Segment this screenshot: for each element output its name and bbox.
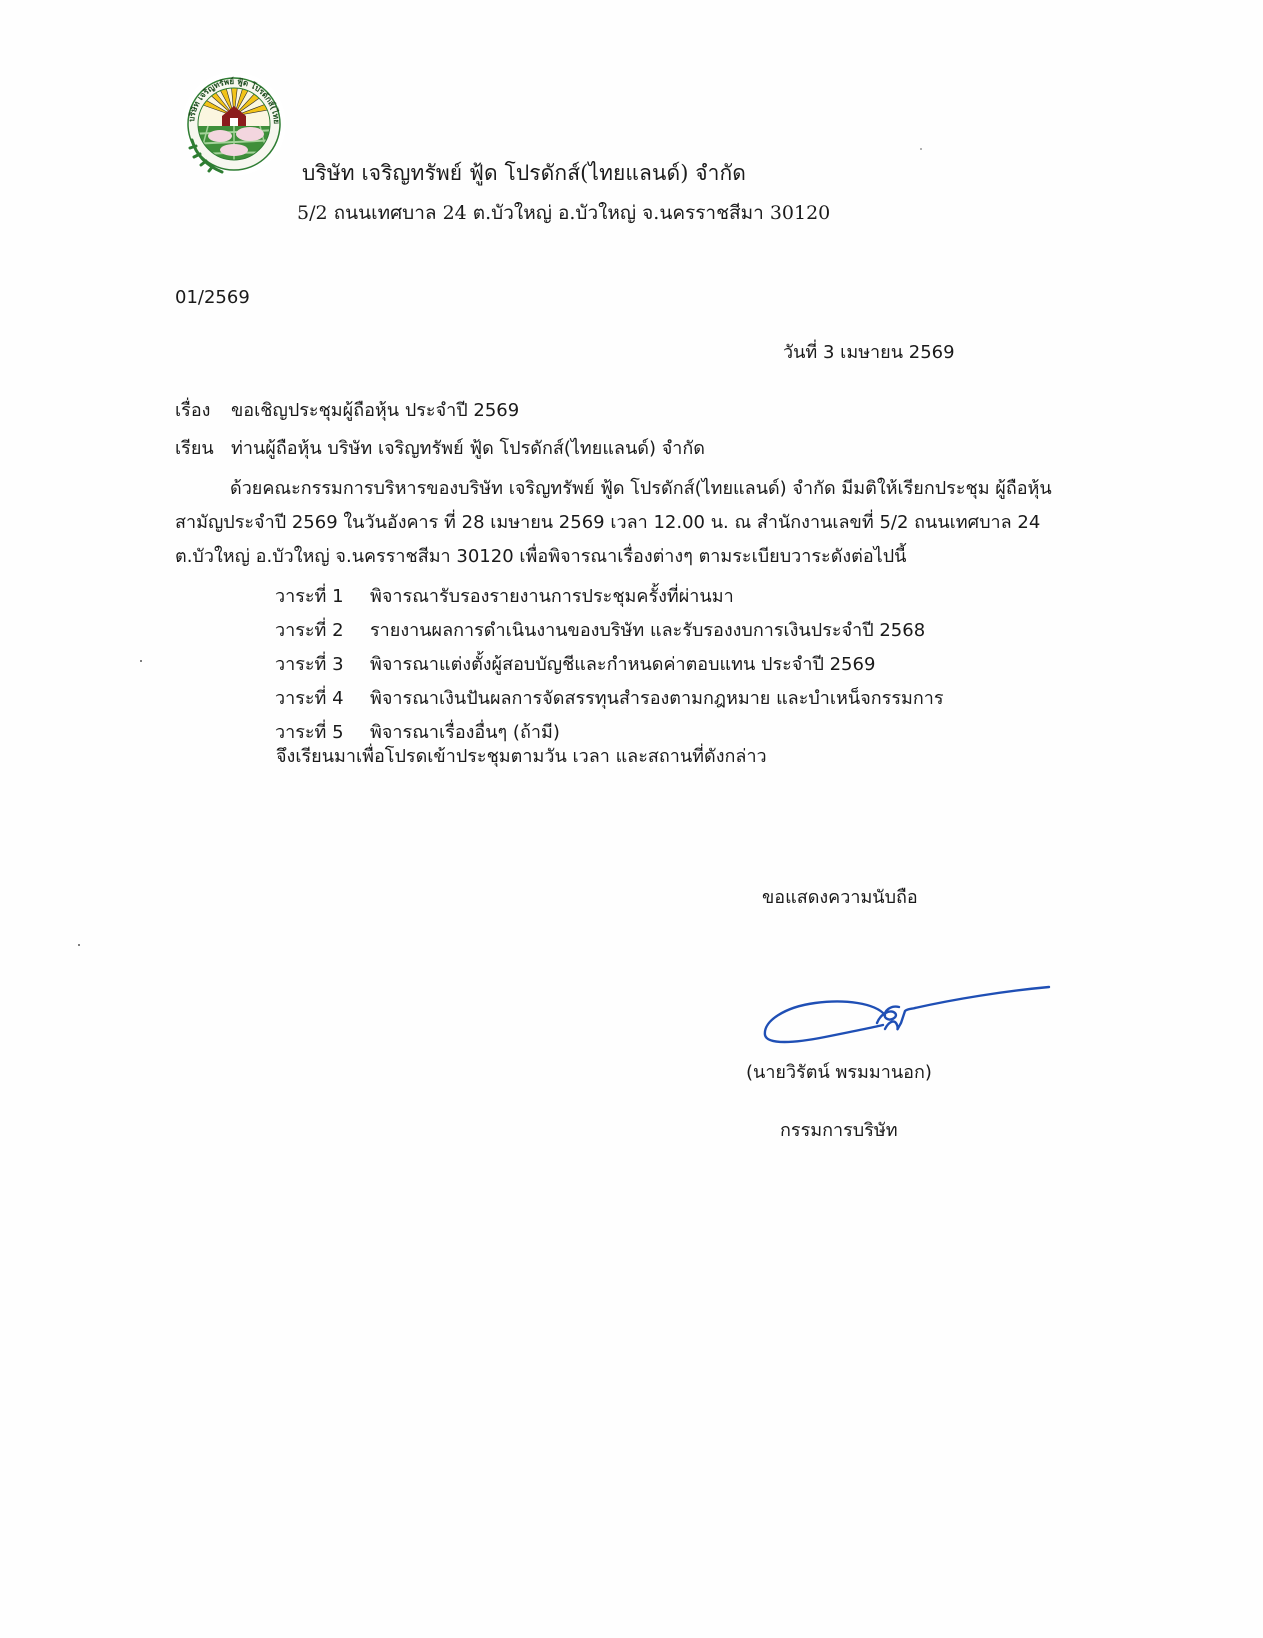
company-name: บริษัท เจริญทรัพย์ ฟู้ด โปรดักส์(ไทยแลนด… — [302, 157, 746, 190]
recipient-line: เรียนท่านผู้ถือหุ้น บริษัท เจริญทรัพย์ ฟ… — [175, 438, 705, 460]
subject-label: เรื่อง — [175, 400, 231, 422]
body-paragraph-line-3: ต.บัวใหญ่ อ.บัวใหญ่ จ.นครราชสีมา 30120 เ… — [175, 546, 906, 568]
closing-sentence: จึงเรียนมาเพื่อโปรดเข้าประชุมตามวัน เวลา… — [276, 746, 767, 768]
subject-line: เรื่องขอเชิญประชุมผู้ถือหุ้น ประจำปี 256… — [175, 400, 519, 422]
agenda-item: วาระที่ 1 พิจารณารับรองรายงานการประชุมคร… — [275, 578, 944, 612]
agenda-text: พิจารณารับรองรายงานการประชุมครั้งที่ผ่าน… — [370, 581, 734, 610]
body-paragraph-line-2: สามัญประจำปี 2569 ในวันอังคาร ที่ 28 เมษ… — [175, 512, 1040, 534]
company-address: 5/2 ถนนเทศบาล 24 ต.บัวใหญ่ อ.บัวใหญ่ จ.น… — [297, 198, 830, 228]
letter-page: บริษัท เจริญทรัพย์ ฟู้ด โปรดักส์(ไทยแลนด… — [0, 0, 1263, 1638]
agenda-text: พิจารณาเรื่องอื่นๆ (ถ้ามี) — [370, 717, 560, 746]
agenda-number: วาระที่ 2 — [275, 615, 370, 644]
scan-speck — [920, 148, 922, 150]
company-logo-icon: บริษัท เจริญทรัพย์ ฟู้ด โปรดักส์(ไทยแลนด… — [178, 64, 290, 182]
reference-number: 01/2569 — [175, 287, 250, 309]
signer-name: (นายวิรัตน์ พรมมานอก) — [746, 1062, 932, 1084]
scan-speck — [78, 944, 80, 946]
agenda-number: วาระที่ 5 — [275, 717, 370, 746]
agenda-list: วาระที่ 1 พิจารณารับรองรายงานการประชุมคร… — [275, 578, 944, 748]
agenda-item: วาระที่ 2 รายงานผลการดำเนินงานของบริษัท … — [275, 612, 944, 646]
agenda-item: วาระที่ 5 พิจารณาเรื่องอื่นๆ (ถ้ามี) — [275, 714, 944, 748]
agenda-number: วาระที่ 4 — [275, 683, 370, 712]
agenda-text: พิจารณาเงินปันผลการจัดสรรทุนสำรองตามกฎหม… — [370, 683, 944, 712]
signer-title: กรรมการบริษัท — [780, 1120, 898, 1142]
scan-speck — [140, 660, 142, 662]
agenda-item: วาระที่ 4 พิจารณาเงินปันผลการจัดสรรทุนสำ… — [275, 680, 944, 714]
agenda-text: รายงานผลการดำเนินงานของบริษัท และรับรองง… — [370, 615, 925, 644]
signature-icon — [755, 965, 1055, 1055]
recipient-text: ท่านผู้ถือหุ้น บริษัท เจริญทรัพย์ ฟู้ด โ… — [231, 438, 705, 459]
body-paragraph-line-1: ด้วยคณะกรรมการบริหารของบริษัท เจริญทรัพย… — [230, 478, 1052, 500]
letter-date: วันที่ 3 เมษายน 2569 — [783, 342, 955, 364]
subject-text: ขอเชิญประชุมผู้ถือหุ้น ประจำปี 2569 — [231, 400, 519, 421]
agenda-item: วาระที่ 3 พิจารณาแต่งตั้งผู้สอบบัญชีและก… — [275, 646, 944, 680]
regards-text: ขอแสดงความนับถือ — [762, 887, 918, 909]
agenda-number: วาระที่ 3 — [275, 649, 370, 678]
recipient-label: เรียน — [175, 438, 231, 460]
agenda-text: พิจารณาแต่งตั้งผู้สอบบัญชีและกำหนดค่าตอบ… — [370, 649, 875, 678]
agenda-number: วาระที่ 1 — [275, 581, 370, 610]
